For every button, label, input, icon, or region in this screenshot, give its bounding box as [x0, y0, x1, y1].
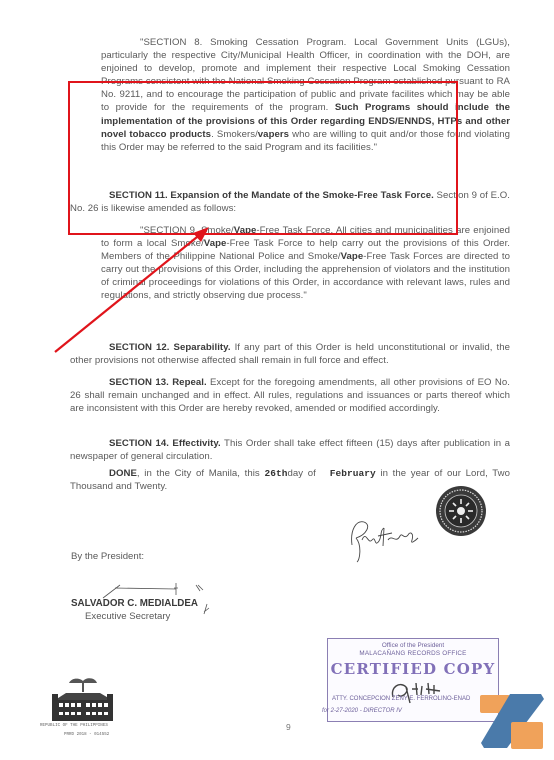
document-page: "SECTION 8. Smoking Cessation Program. L…: [0, 0, 554, 760]
corner-brand-logo: [0, 0, 554, 760]
